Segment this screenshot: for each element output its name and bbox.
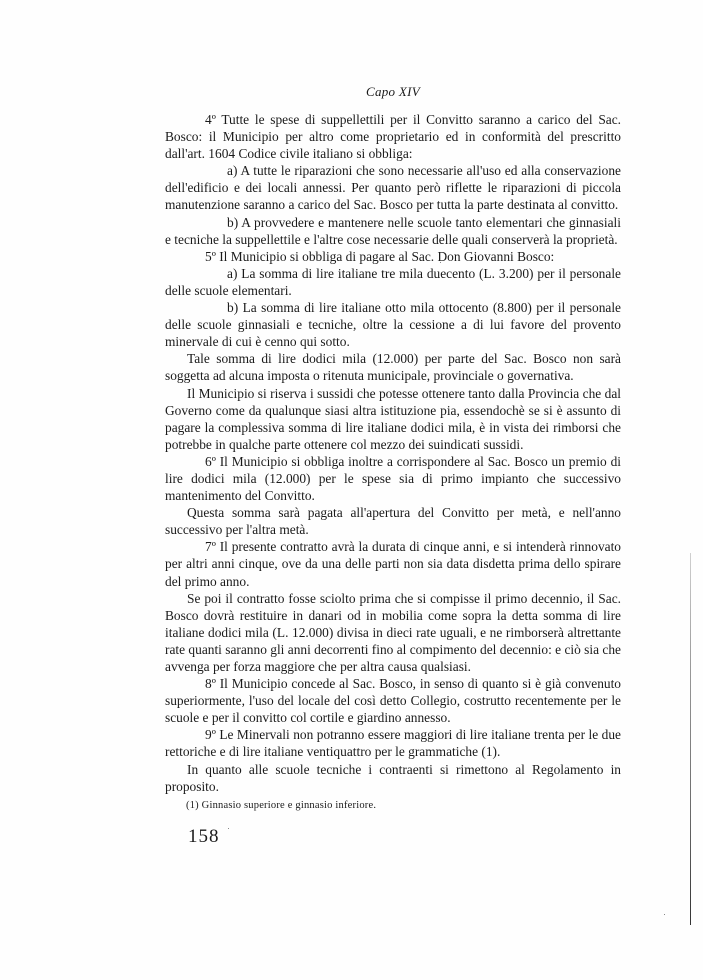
- scan-speck: [440, 262, 441, 263]
- paragraph-clause-9: 9º Le Minervali non potranno essere magg…: [165, 726, 621, 760]
- paragraph-subsidies: Il Municipio si riserva i sussidi che po…: [165, 385, 621, 453]
- paragraph-technical-schools: In quanto alle scuole tecniche i contrae…: [165, 761, 621, 795]
- paragraph-clause-4: 4º Tutte le spese di suppellettili per i…: [165, 111, 621, 162]
- paragraph-clause-8: 8º Il Municipio concede al Sac. Bosco, i…: [165, 675, 621, 726]
- paragraph-clause-7: 7º Il presente contratto avrà la durata …: [165, 538, 621, 589]
- footnote: (1) Ginnasio superiore e ginnasio inferi…: [186, 800, 376, 811]
- scan-margin-line: [690, 553, 691, 925]
- scan-speck: [228, 828, 229, 829]
- page-number: 158: [188, 826, 220, 848]
- paragraph-clause-6: 6º Il Municipio si obbliga inoltre a cor…: [165, 453, 621, 504]
- paragraph-tax-exemption: Tale somma di lire dodici mila (12.000) …: [165, 350, 621, 384]
- scan-speck: [664, 914, 665, 915]
- paragraph-clause-5a: a) La somma di lire italiane tre mila du…: [165, 265, 621, 299]
- scan-speck: [228, 133, 229, 134]
- paragraph-early-termination: Se poi il contratto fosse sciolto prima …: [165, 590, 621, 675]
- document-page: Capo XIV 4º Tutte le spese di suppellett…: [0, 0, 703, 980]
- paragraph-clause-5: 5º Il Municipio si obbliga di pagare al …: [165, 248, 621, 265]
- paragraph-payment-schedule: Questa somma sarà pagata all'apertura de…: [165, 504, 621, 538]
- running-head: Capo XIV: [165, 84, 621, 100]
- body-text: 4º Tutte le spese di suppellettili per i…: [165, 111, 621, 795]
- paragraph-clause-4a: a) A tutte le riparazioni che sono neces…: [165, 162, 621, 213]
- paragraph-clause-5b: b) La somma di lire italiane otto mila o…: [165, 299, 621, 350]
- paragraph-clause-4b: b) A provvedere e mantenere nelle scuole…: [165, 214, 621, 248]
